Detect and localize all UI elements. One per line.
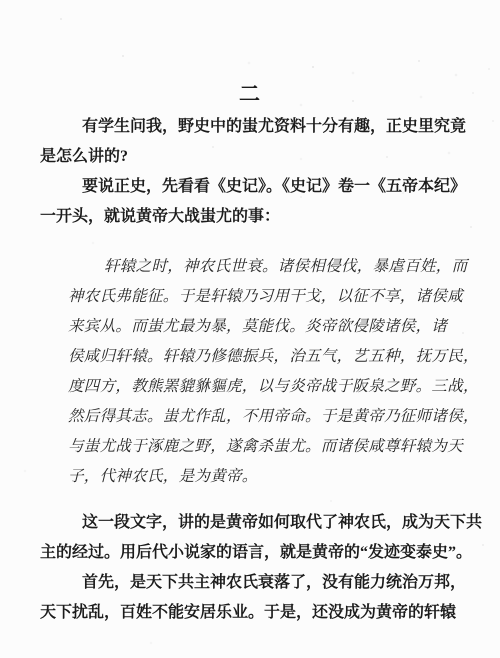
text-line: 这一段文字，讲的是黄帝如何取代了神农氏，成为天下共 [40,508,470,538]
scan-noise [0,0,2,2]
quote-line: 与蚩尤战于涿鹿之野，遂禽杀蚩尤。而诸侯咸尊轩辕为天 [68,432,468,462]
text-line: 要说正史，先看看《史记》。《史记》卷一《五帝本纪》 [40,172,470,202]
quote-line: 轩辕之时，神农氏世衰。诸侯相侵伐，暴虐百姓，而 [68,252,468,282]
paragraph-commentary: 这一段文字，讲的是黄帝如何取代了神农氏，成为天下共 主的经过。用后代小说家的语言… [40,508,470,568]
paragraph-shiji-intro: 要说正史，先看看《史记》。《史记》卷一《五帝本纪》 一开头，就说黄帝大战蚩尤的事… [40,172,470,232]
chapter-number: 二 [0,84,500,104]
text-line: 有学生问我，野史中的蚩尤资料十分有趣，正史里究竟 [40,112,470,142]
classical-quote-block: 轩辕之时，神农氏世衰。诸侯相侵伐，暴虐百姓，而 神农氏弗能征。于是轩辕乃习用干戈… [68,252,468,492]
quote-line: 然后得其志。蚩尤作乱，不用帝命。于是黄帝乃征师诸侯， [68,402,468,432]
paragraph-intro-question: 有学生问我，野史中的蚩尤资料十分有趣，正史里究竟 是怎么讲的? [40,112,470,172]
text-line: 天下扰乱，百姓不能安居乐业。于是，还没成为黄帝的轩辕 [40,598,470,628]
paragraph-analysis: 首先，是天下共主神农氏衰落了，没有能力统治万邦， 天下扰乱，百姓不能安居乐业。于… [40,568,470,628]
quote-line: 侯咸归轩辕。轩辕乃修德振兵，治五气，艺五种，抚万民， [68,342,468,372]
quote-line: 子，代神农氏，是为黄帝。 [68,462,468,492]
book-page: 二 有学生问我，野史中的蚩尤资料十分有趣，正史里究竟 是怎么讲的? 要说正史，先… [0,0,500,658]
text-line: 是怎么讲的? [40,142,470,172]
quote-line: 神农氏弗能征。于是轩辕乃习用干戈，以征不享，诸侯咸 [68,282,468,312]
text-line: 主的经过。用后代小说家的语言，就是黄帝的“发迹变泰史”。 [40,538,470,568]
quote-line: 来宾从。而蚩尤最为暴，莫能伐。炎帝欲侵陵诸侯，诸 [68,312,468,342]
text-line: 首先，是天下共主神农氏衰落了，没有能力统治万邦， [40,568,470,598]
text-line: 一开头，就说黄帝大战蚩尤的事： [40,202,470,232]
quote-line: 度四方，教熊罴貔貅貙虎，以与炎帝战于阪泉之野。三战， [68,372,468,402]
